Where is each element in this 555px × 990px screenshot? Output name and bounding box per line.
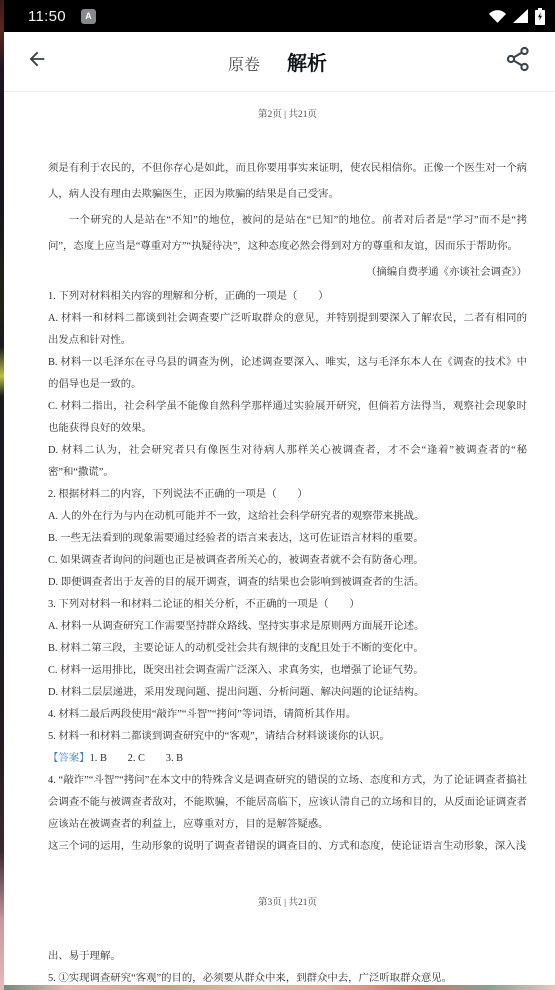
back-button[interactable] [20, 45, 54, 79]
question: 3. 下列对材料一和材料二论证的相关分析，不正确的一项是（ ） [48, 594, 527, 616]
app-header: 原卷 解析 [0, 32, 555, 92]
cellular-signal-icon [513, 9, 528, 23]
answer-explanation: 出、易于理解。 [48, 946, 527, 968]
option: B. 一些无法看到的现象需要通过经验者的语言来表达，这可佐证语言材料的重要。 [48, 528, 527, 550]
status-bar-icons [489, 8, 545, 25]
option: A. 材料一和材料二都谈到社会调查要广泛听取群众的意见，并特别提到要深入了解农民… [48, 308, 527, 352]
question: 1. 下列对材料相关内容的理解和分析，正确的一项是（ ） [48, 286, 527, 308]
app-notification-badge: A [81, 9, 96, 24]
option: D. 材料二认为，社会研究者只有像医生对待病人那样关心被调查者，才不会“逢着”被… [48, 440, 527, 484]
tab-original-paper[interactable]: 原卷 [228, 52, 260, 75]
answer-explanation: 4. “敲诈”“斗智”“拷问”在本文中的特殊含义是调查研究的错误的立场、态度和方… [48, 770, 527, 836]
page-indicator: 第3页 | 共21页 [48, 896, 527, 910]
option: C. 材料一运用排比，既突出社会调查需广泛深入、求真务实，也增强了论证气势。 [48, 660, 527, 682]
question: 5. 材料一和材料二都谈到调查研究中的“客观”，请结合材料谈谈你的认识。 [48, 726, 527, 748]
page-indicator: 第2页 | 共21页 [48, 108, 527, 122]
document-body: 第2页 | 共21页须是有利于农民的，不但你存心是如此，而且你要用事实来证明，使… [48, 108, 527, 989]
option: A. 人的外在行为与内在动机可能并不一致，这给社会科学研究者的观察带来挑战。 [48, 506, 527, 528]
paragraph: 须是有利于农民的，不但你存心是如此，而且你要用事实来证明，使农民相信你。正像一个… [48, 156, 527, 208]
back-arrow-icon [26, 48, 48, 75]
answer-explanation: 这三个词的运用，生动形象的说明了调查者错误的调查目的、方式和态度，使论证语言生动… [48, 836, 527, 858]
option: C. 如果调查者询问的问题也正是被调查者所关心的，被调查者就不会有防备心理。 [48, 550, 527, 572]
option: B. 材料二第三段，主要论证人的动机受社会共有规律的支配且处于不断的变化中。 [48, 638, 527, 660]
clock-time: 11:50 [28, 8, 66, 25]
answer-label: 【答案】 [48, 753, 90, 764]
page-edge-strip [0, 0, 4, 990]
share-button[interactable] [501, 45, 535, 79]
option: D. 材料二层层递进，采用发现问题、提出问题、分析问题、解决问题的论证结构。 [48, 682, 527, 704]
tab-analysis[interactable]: 解析 [287, 47, 327, 76]
option: D. 即便调查者出于友善的目的展开调查，调查的结果也会影响到被调查者的生活。 [48, 572, 527, 594]
option: B. 材料一以毛泽东在寻乌县的调查为例，论述调查要深入、唯实，这与毛泽东本人在《… [48, 352, 527, 396]
share-icon [506, 46, 530, 77]
option: A. 材料一从调查研究工作需要坚持群众路线、坚持实事求是原则两方面展开论述。 [48, 616, 527, 638]
question: 4. 材料二最后两段使用“敲诈”“斗智”“拷问”等词语，请简析其作用。 [48, 704, 527, 726]
source-attribution: （摘编自费孝通《亦谈社会调查》） [48, 260, 527, 286]
option: C. 材料二指出，社会科学虽不能像自然科学那样通过实验展开研究，但倘若方法得当，… [48, 396, 527, 440]
document-viewer[interactable]: 第2页 | 共21页须是有利于农民的，不但你存心是如此，而且你要用事实来证明，使… [0, 92, 555, 989]
question: 2. 根据材料二的内容，下列说法不正确的一项是（ ） [48, 484, 527, 506]
answer-summary: 【答案】1. B 2. C 3. B [48, 748, 527, 770]
wifi-icon [489, 10, 506, 23]
status-bar: 11:50 A [0, 0, 555, 32]
paragraph: 一个研究的人是站在“不知”的地位，被问的是站在“已知”的地位。前者对后者是“学习… [48, 208, 527, 260]
battery-charging-icon [535, 8, 545, 25]
view-tabs: 原卷 解析 [54, 47, 501, 76]
bottom-page-preview-strip [0, 985, 555, 990]
